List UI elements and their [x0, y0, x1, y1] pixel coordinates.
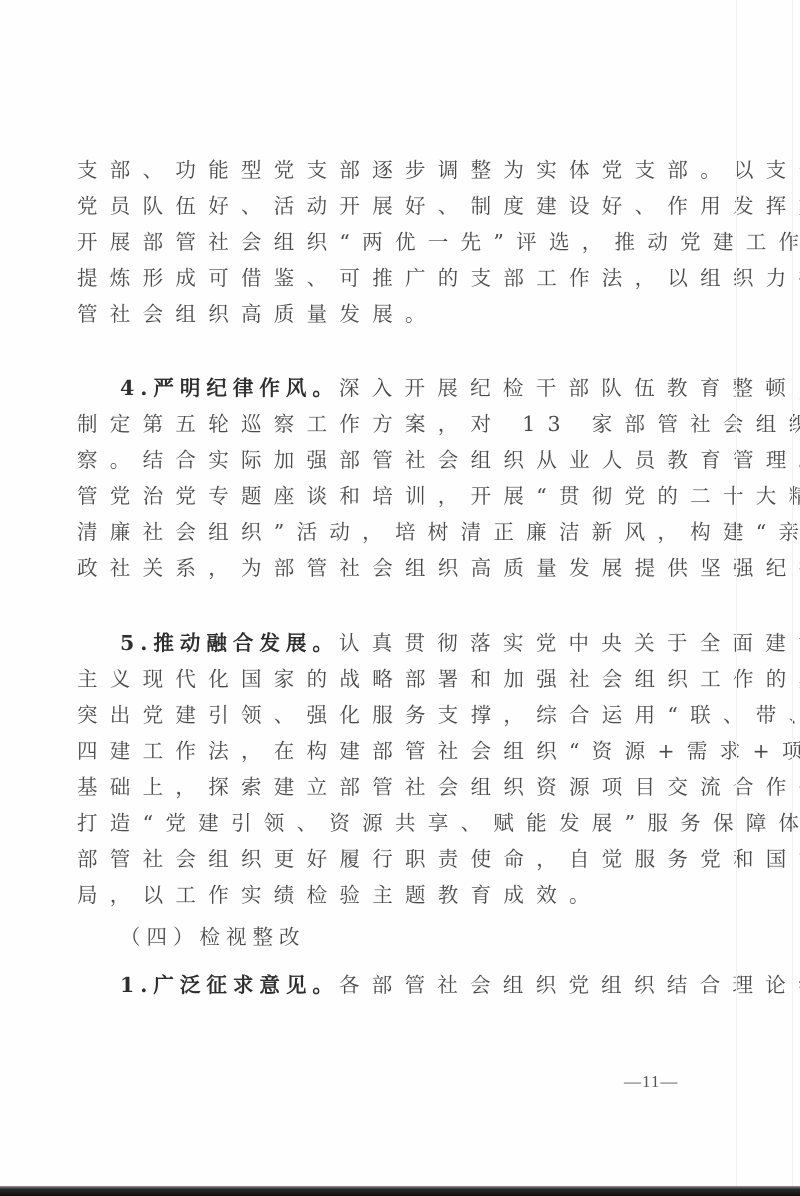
paragraph-lead: 1.广泛征求意见。: [120, 973, 339, 997]
text-line: 管社会组织高质量发展。: [77, 299, 717, 329]
paragraph-text: 各部管社会组织党组织结合理论学习、: [339, 973, 800, 997]
text-line: 部管社会组织更好履行职责使命，自觉服务党和国家中心大: [77, 844, 717, 874]
text-line: 管党治党专题座谈和培训，开展“贯彻党的二十大精神、建设: [77, 481, 717, 511]
text-line: 开展部管社会组织“两优一先”评选，推动党建工作品牌创新，: [77, 227, 717, 257]
scan-edge-line: [792, 0, 793, 1186]
text-line: 5.推动融合发展。认真贯彻落实党中央关于全面建设社会: [120, 628, 760, 658]
text-line: 局，以工作实绩检验主题教育成效。: [77, 880, 717, 910]
paragraph-text: 认真贯彻落实党中央关于全面建设社会: [339, 631, 800, 655]
text-line: 4.严明纪律作风。深入开展纪检干部队伍教育整顿，研究: [120, 373, 760, 403]
page-number: —11—: [624, 1072, 678, 1092]
text-line: 提炼形成可借鉴、可推广的支部工作法，以组织力提升驱动部: [77, 263, 717, 293]
text-line: 察。结合实际加强部管社会组织从业人员教育管理。举办从严: [77, 445, 717, 475]
text-line: 1.广泛征求意见。各部管社会组织党组织结合理论学习、: [120, 970, 760, 1000]
text-line: 基础上，探索建立部管社会组织资源项目交流合作信息平台，: [77, 772, 717, 802]
text-line: 四建工作法，在构建部管社会组织“资源+需求+项目”清单: [77, 736, 717, 766]
paragraph-lead: 4.严明纪律作风。: [120, 376, 339, 400]
text-line: 清廉社会组织”活动，培树清正廉洁新风，构建“亲”“清”: [77, 517, 717, 547]
scan-edge-line: [736, 0, 737, 1186]
scan-bottom-border: [0, 1186, 800, 1196]
document-page: 支部、功能型党支部逐步调整为实体党支部。以支部班子好、 党员队伍好、活动开展好、…: [0, 0, 800, 1196]
text-line: 打造“党建引领、资源共享、赋能发展”服务保障体系，推动: [77, 808, 717, 838]
text-line: 突出党建引领、强化服务支撑，综合运用“联、带、引、融”: [77, 700, 717, 730]
text-line: 党员队伍好、活动开展好、制度建设好、作用发挥好为标准，: [77, 191, 717, 221]
text-line: 主义现代化国家的战略部署和加强社会组织工作的具体要求，: [77, 664, 717, 694]
paragraph-lead: 5.推动融合发展。: [120, 631, 339, 655]
paragraph-text: 深入开展纪检干部队伍教育整顿，研究: [339, 376, 800, 400]
text-line: 支部、功能型党支部逐步调整为实体党支部。以支部班子好、: [77, 155, 717, 185]
section-heading: （四）检视整改: [120, 922, 760, 952]
text-line: 制定第五轮巡察工作方案，对 13 家部管社会组织开展常规巡: [77, 409, 717, 439]
text-line: 政社关系，为部管社会组织高质量发展提供坚强纪律保障。: [77, 553, 717, 583]
